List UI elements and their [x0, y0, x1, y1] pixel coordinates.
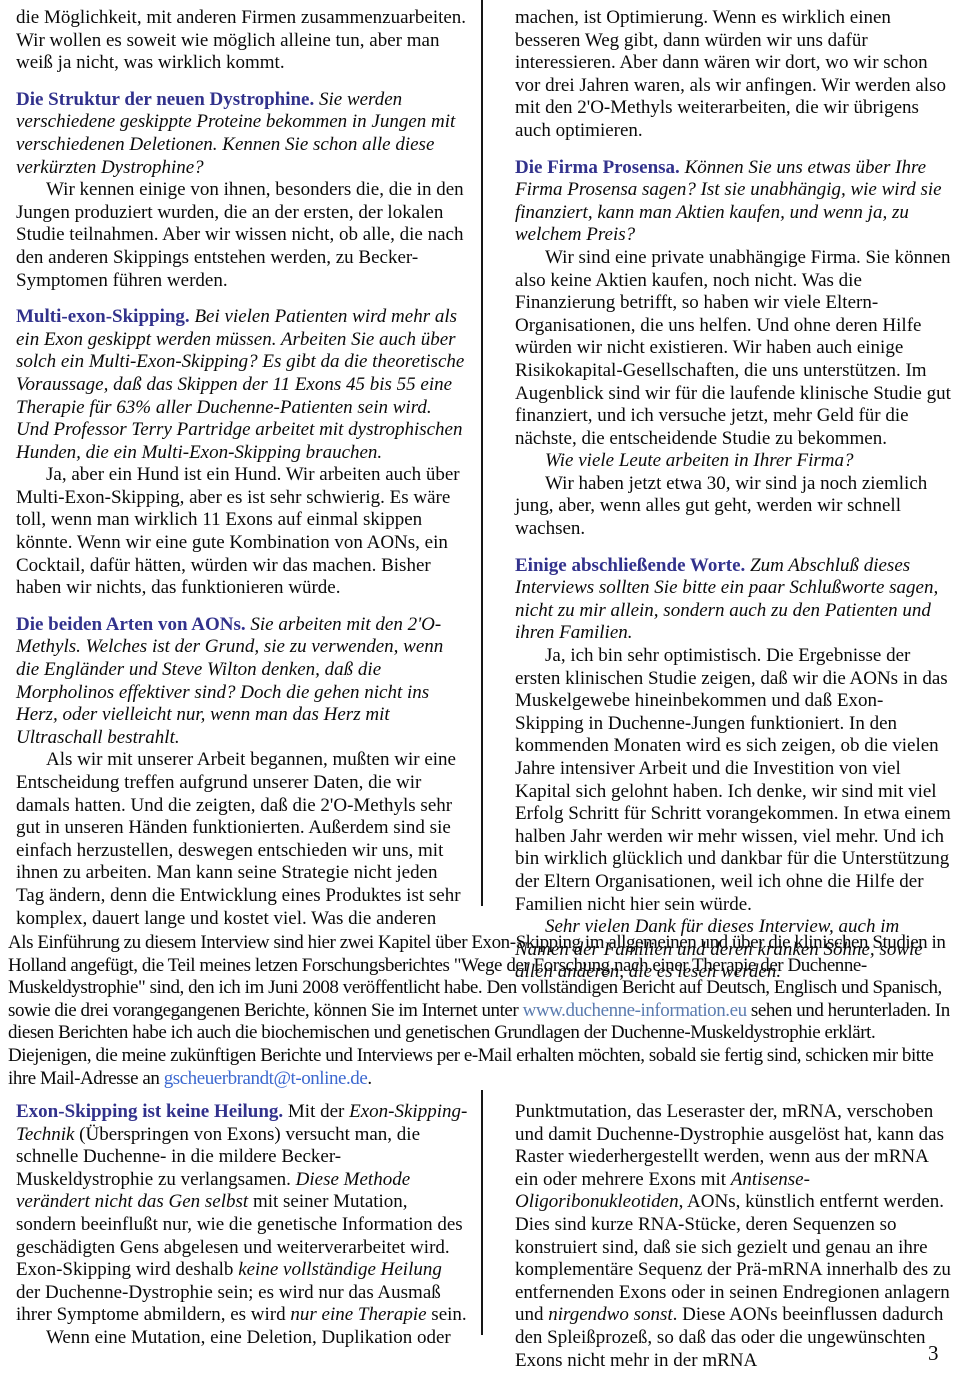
text-segment: Wir kennen einige von ihnen, besonders d… [16, 179, 464, 290]
bottom-right-column: Punktmutation, das Leseraster der, mRNA,… [515, 1101, 951, 1372]
text-segment: Punktmutation, das Leseraster der, mRNA,… [515, 1101, 944, 1190]
column-divider-top [481, 0, 483, 906]
paragraph: machen, ist Optimierung. Wenn es wirklic… [515, 7, 951, 143]
paragraph: Als Einführung zu diesem Interview sind … [8, 932, 955, 1090]
section-heading: Einige abschließende Worte. [515, 555, 750, 576]
column-divider-bottom [481, 1090, 483, 1335]
top-right-column: machen, ist Optimierung. Wenn es wirklic… [515, 7, 951, 984]
paragraph: Punktmutation, das Leseraster der, mRNA,… [515, 1101, 951, 1372]
text-segment: Wie viele Leute arbeiten in Ihrer Firma? [545, 450, 854, 471]
text-segment: Ja, ich bin sehr optimistisch. Die Ergeb… [515, 645, 951, 915]
text-segment: . [367, 1068, 371, 1089]
document-page: die Möglichkeit, mit anderen Firmen zusa… [0, 0, 960, 1377]
text-segment: Mit der [288, 1101, 349, 1122]
text-segment: machen, ist Optimierung. Wenn es wirklic… [515, 7, 946, 141]
paragraph: Die Firma Prosensa. Können Sie uns etwas… [515, 157, 951, 247]
text-segment: Wir sind eine private unabhängige Firma.… [515, 247, 951, 449]
page-number: 3 [928, 1341, 939, 1366]
text-segment: die Möglichkeit, mit anderen Firmen zusa… [16, 7, 466, 73]
paragraph: Ja, aber ein Hund ist ein Hund. Wir arbe… [16, 464, 468, 600]
paragraph: Die beiden Arten von AONs. Sie arbeiten … [16, 614, 468, 750]
paragraph: Wir sind eine private unabhängige Firma.… [515, 247, 951, 450]
paragraph: Als wir mit unserer Arbeit begannen, muß… [16, 749, 468, 930]
text-segment: keine vollständige Heilung [238, 1259, 442, 1280]
paragraph: Exon-Skipping ist keine Heilung. Mit der… [16, 1101, 468, 1327]
paragraph: Ja, ich bin sehr optimistisch. Die Ergeb… [515, 645, 951, 916]
paragraph: Wenn eine Mutation, eine Deletion, Dupli… [16, 1327, 468, 1350]
section-heading: Exon-Skipping ist keine Heilung. [16, 1101, 288, 1122]
text-segment: nirgendwo sonst [548, 1304, 672, 1325]
bottom-left-column: Exon-Skipping ist keine Heilung. Mit der… [16, 1101, 468, 1350]
paragraph: Wir haben jetzt etwa 30, wir sind ja noc… [515, 473, 951, 541]
intro-paragraph: Als Einführung zu diesem Interview sind … [8, 932, 955, 1090]
email-link[interactable]: gscheuerbrandt@t-online.de [164, 1068, 368, 1089]
text-segment: sein. [427, 1304, 467, 1325]
section-heading: Multi-exon-Skipping. [16, 306, 194, 327]
section-heading: Die Firma Prosensa. [515, 157, 685, 178]
paragraph: Wir kennen einige von ihnen, besonders d… [16, 179, 468, 292]
text-segment: nur eine Therapie [290, 1304, 426, 1325]
paragraph: die Möglichkeit, mit anderen Firmen zusa… [16, 7, 468, 75]
paragraph: Einige abschließende Worte. Zum Abschluß… [515, 555, 951, 645]
text-segment: Wenn eine Mutation, eine Deletion, Dupli… [46, 1327, 451, 1348]
section-heading: Die beiden Arten von AONs. [16, 614, 250, 635]
text-segment: Wir haben jetzt etwa 30, wir sind ja noc… [515, 473, 927, 539]
paragraph: Multi-exon-Skipping. Bei vielen Patiente… [16, 306, 468, 464]
section-heading: Die Struktur der neuen Dystrophine. [16, 89, 319, 110]
paragraph: Wie viele Leute arbeiten in Ihrer Firma? [515, 450, 951, 473]
top-left-column: die Möglichkeit, mit anderen Firmen zusa… [16, 7, 468, 930]
website-link[interactable]: www.duchenne-information.eu [523, 1000, 747, 1021]
paragraph: Die Struktur der neuen Dystrophine. Sie … [16, 89, 468, 179]
text-segment: Bei vielen Patienten wird mehr als ein E… [16, 306, 464, 463]
text-segment: Als wir mit unserer Arbeit begannen, muß… [16, 749, 461, 928]
text-segment: Ja, aber ein Hund ist ein Hund. Wir arbe… [16, 464, 460, 598]
